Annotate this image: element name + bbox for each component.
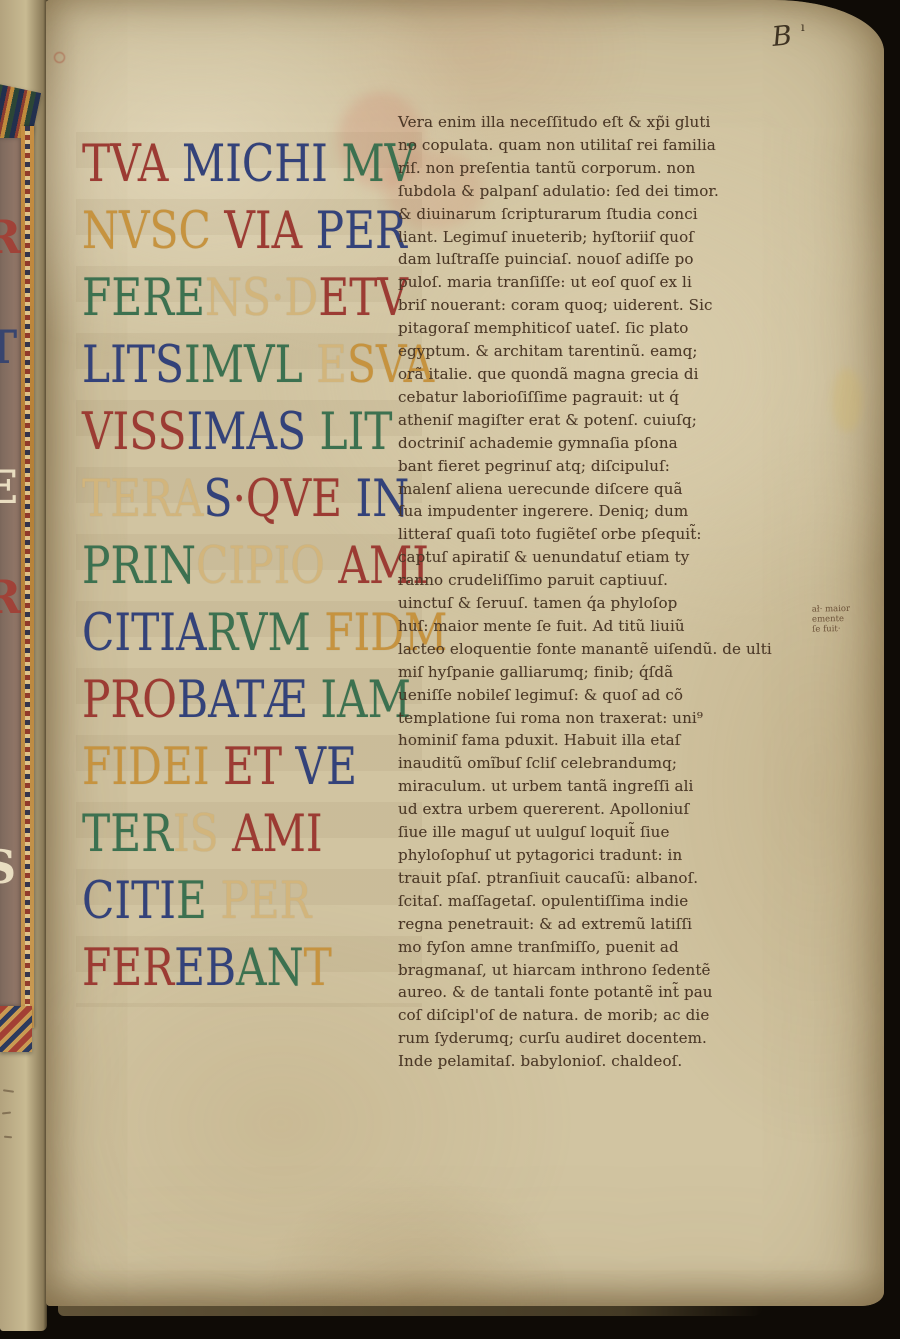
text-line: templatione ſui roma non traxerat: uni⁹ [398,707,736,730]
text-line: ſcitaſ. maſſagetaſ. opulentiſſima indie [398,890,736,913]
display-segment: VISS [82,402,186,463]
display-segment: RVM [207,603,311,664]
display-line: VISSIMAS LIT [82,401,379,475]
marginal-note-line: ał· maior emente [812,603,884,624]
display-line: CITIE PER [82,870,379,944]
display-line: TERIS AMI [82,803,379,877]
text-line: lacteo eloquentie fonte manantẽ uiſendũ.… [398,638,736,661]
manuscript-page: Bı TVA MICHI MVNVSC VIA PERFERENS·DETVLI… [46,0,884,1306]
display-segment: CITIA [82,603,207,664]
pen-trial-mark [3,1089,14,1093]
display-line: TERAS·QVE IN [82,468,379,542]
text-line: Inde pelamitaſ. babylonioſ. chaldeoſ. [398,1050,736,1073]
text-line: trauit pſaſ. ptranſiuit caucaſũ: albanoſ… [398,867,736,890]
display-segment: FER [82,938,174,999]
text-line: miraculum. ut urbem tantã ingreſſi ali [398,775,736,798]
display-segment: E [303,335,347,396]
display-segment: IMVL [184,335,303,396]
display-segment: TVA [82,134,168,195]
gold-frame-band [21,126,34,1028]
text-line: mo fyſon amne tranſmiſſo, puenit ad [398,936,736,959]
display-segment: ET [210,737,283,798]
text-line: egyptum. & architam tarentinũ. eamq; [398,340,736,363]
display-segment: IS [173,804,219,865]
text-line: doctriniſ achademie gymnaſia pſona [398,432,736,455]
display-segment: VIA [211,201,302,262]
display-segment: ·QVE [232,469,342,530]
pen-trial-mark [4,1136,12,1139]
display-line: NVSC VIA PER [82,200,379,274]
display-line: FERENS·DETV [82,267,379,341]
border-ornament-bottom [0,1006,32,1052]
jewel-stripe [25,126,30,1028]
red-ring-mark [54,52,65,63]
marginal-note: ał· maior ementeſe fuit· [812,603,885,634]
text-line: rum ſyderumq; curſu audiret docentem. [398,1027,736,1050]
facing-partial-letter: T [0,320,17,374]
text-line: liant. Legimuſ inueterib; hyſtoriiſ quoſ [398,226,736,249]
text-line: dam luſtraſſe puinciaſ. nouoſ adiſſe po [398,248,736,271]
display-line: CITIARVM FIDM [82,602,379,676]
display-segment: PRO [82,670,177,731]
text-line: aureo. & de tantali fonte potantẽ int̃ p… [398,981,736,1004]
text-line: litteraſ quaſi toto fugiẽteſ orbe pſequi… [398,523,736,546]
page-stack-edge [58,1306,763,1316]
text-line: bant fieret pegrinuſ atq; diſcipuluſ: [398,455,736,478]
display-segment: CIPIO [196,536,325,597]
display-capitals-column: TVA MICHI MVNVSC VIA PERFERENS·DETVLITSI… [82,136,412,1007]
display-segment: PER [207,871,312,932]
text-line: coſ diſcipl'oſ de natura. de morib; ac d… [398,1004,736,1027]
display-segment: AN [236,938,304,999]
text-line: ud extra urbem quererent. Apolloniuſ [398,798,736,821]
display-segment: S [155,335,184,396]
display-segment: LIT [306,402,392,463]
display-segment: BATÆ [177,670,307,731]
display-segment: ETV [318,268,408,329]
display-segment: TERA [82,469,204,530]
text-line: bragmanaſ, ut hiarcam inthrono ſedentẽ [398,959,736,982]
text-line: & diuinarum ſcripturarum ſtudia conci [398,203,736,226]
text-line: atheniſ magiſter erat & potenſ. cuiuſq; [398,409,736,432]
display-segment: MICHI [168,134,327,195]
text-line: hominiſ fama pduxit. Habuit illa etaſ [398,729,736,752]
display-segment: FERE [82,268,205,329]
facing-partial-letter: R [0,570,21,624]
text-line: huſ: maior mente ſe fuit. Ad titũ liuiũ [398,615,736,638]
manuscript-photo: RTERS Bı TVA MICHI MVNVSC VIA PERFERENS·… [0,0,900,1339]
text-line: pitagoraſ memphiticoſ uateſ. ſic plato [398,317,736,340]
text-line: miſ hyſpanie galliarumq; finib; q́ſdã [398,661,736,684]
display-segment: FIDEI [82,737,210,798]
text-line: orã italie. que quondã magna grecia di [398,363,736,386]
display-line: PRINCIPIO AMI [82,535,379,609]
display-line: FIDEI ET VE [82,736,379,810]
text-line: no copulata. quam non utilitaſ rei famil… [398,134,736,157]
display-segment: LIT [82,335,155,396]
display-line: LITSIMVL ESVA [82,334,379,408]
display-segment: S [204,469,233,530]
display-segment: TER [82,804,173,865]
display-segment: IMAS [186,402,306,463]
display-segment: IAM [307,670,411,731]
facing-illumination-panel: RTERS [0,138,22,1006]
folio-number: ı [801,20,805,34]
text-line: ranno crudeliſſimo paruit captiuuſ. [398,569,736,592]
text-line: captuſ apiratiſ & uenundatuſ etiam ty [398,546,736,569]
facing-page-edge: RTERS [0,0,47,1331]
text-line: malenſ aliena uerecunde diſcere quã [398,478,736,501]
display-segment: VE [282,737,357,798]
facing-partial-letter: R [0,210,21,264]
display-segment: T [304,938,332,999]
display-line: TVA MICHI MV [82,133,379,207]
display-line: PROBATÆ IAM [82,669,379,743]
display-segment: NVSC [82,201,211,262]
parchment-stain [832,368,862,432]
display-segment: AMI [219,804,323,865]
text-line: ueniſſe nobileſ legimuſ: & quoſ ad cõ [398,684,736,707]
display-line: FEREBANT [82,937,379,1011]
display-segment: NS·D [205,268,318,329]
display-segment: PER [302,201,407,262]
facing-partial-letter: S [0,840,16,894]
text-line: ſua impudenter ingerere. Deniq; dum [398,500,736,523]
pen-trial-mark [2,1112,11,1115]
text-line: regna penetrauit: & ad extremũ latiſſi [398,913,736,936]
text-line: Vera enim illa neceſſitudo eſt & xp̃i gl… [398,111,736,134]
body-text-column: Vera enim illa neceſſitudo eſt & xp̃i gl… [398,111,736,1073]
facing-partial-letter: E [0,460,18,514]
display-segment: EB [174,938,236,999]
folio-mark: Bı [772,20,805,52]
text-line: riſ. non preſentia tantũ corporum. non [398,157,736,180]
text-line: phyloſophuſ ut pytagorici tradunt: in [398,844,736,867]
text-line: ſubdola & palpanſ adulatio: ſed dei timo… [398,180,736,203]
marginal-note-line: ſe fuit· [812,623,884,634]
text-line: briſ nouerant: coram quoq; uiderent. Sic [398,294,736,317]
display-segment: E [176,871,207,932]
display-segment: PRIN [82,536,196,597]
text-line: puloſ. maria tranſiſſe: ut eoſ quoſ ex l… [398,271,736,294]
text-line: ſiue ille maguſ ut uulguſ loquit̃ ſiue [398,821,736,844]
text-line: cebatur laborioſiſſime pagrauit: ut q́ [398,386,736,409]
folio-letter: B [770,20,793,53]
text-line: inauditũ omĩbuſ ſcliſ celebrandumq; [398,752,736,775]
text-line: uinctuſ & ſeruuſ. tamen q́a phyloſop [398,592,736,615]
display-segment: CITI [82,871,176,932]
